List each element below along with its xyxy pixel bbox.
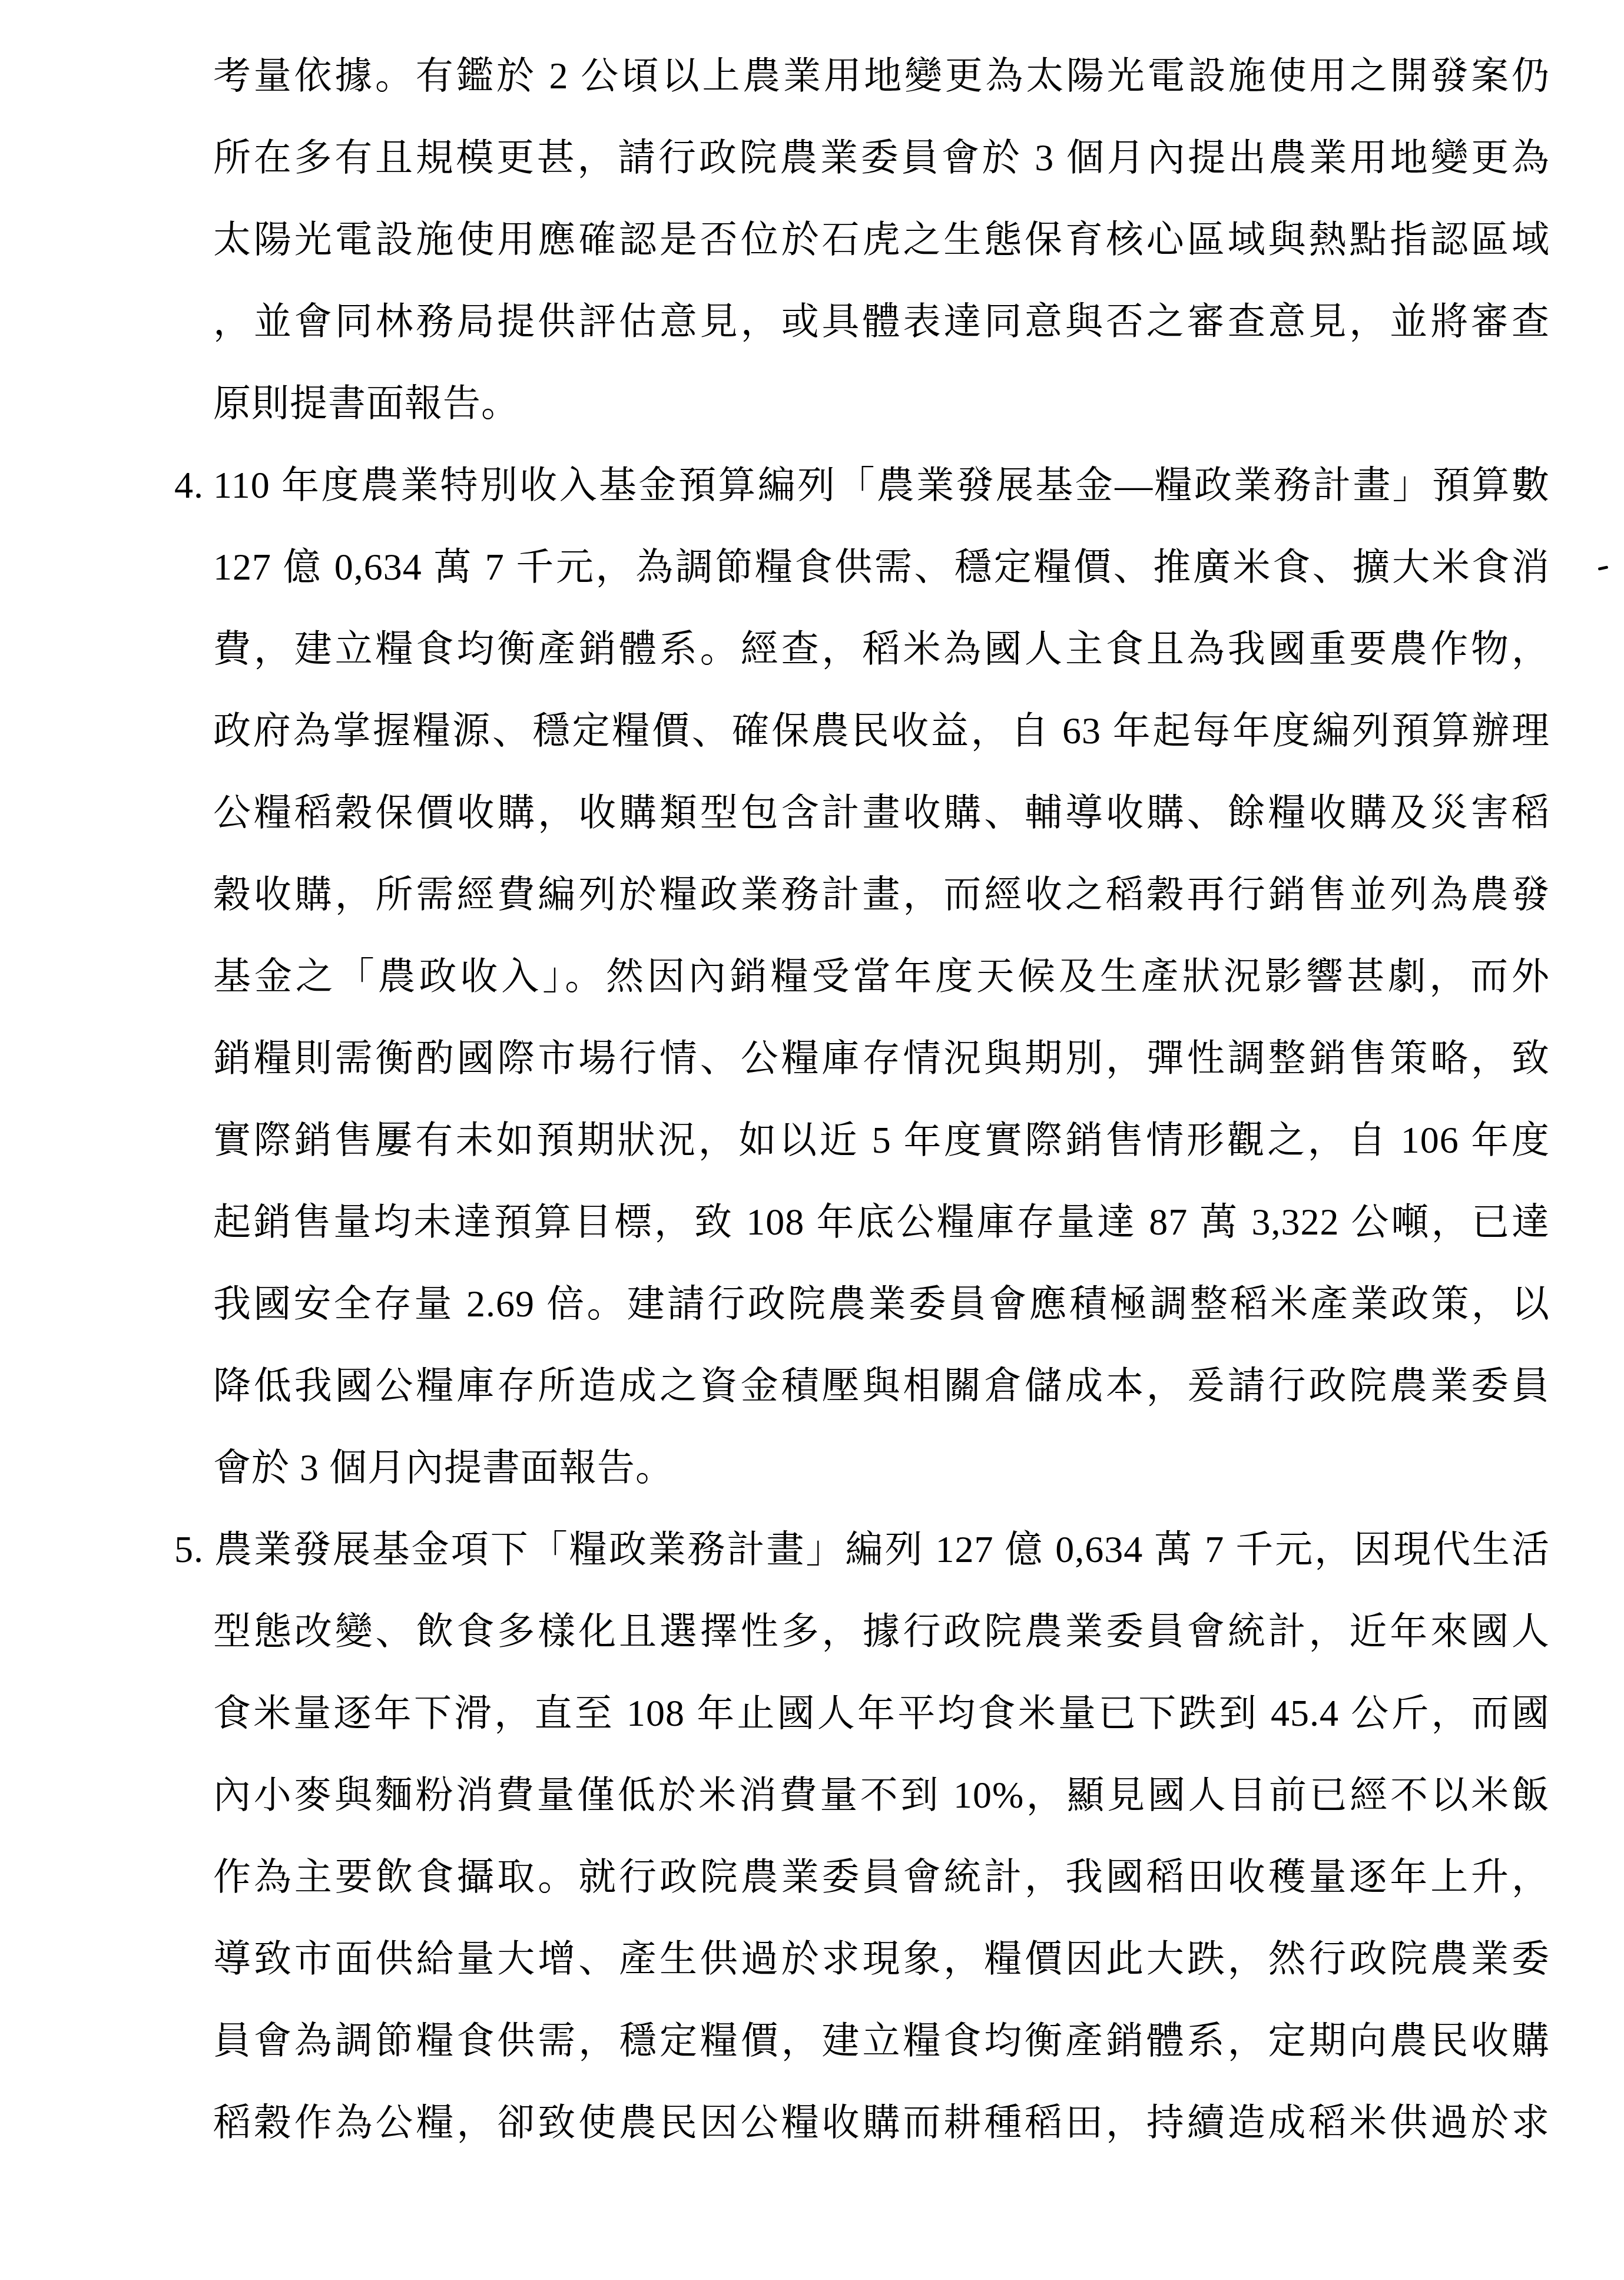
text-line: 所在多有且規模更甚，請行政院農業委員會於 3 個月內提出農業用地變更為 <box>213 117 1550 198</box>
text-line-content: 費，建立糧食均衡產銷體系。經查，稻米為國人主食且為我國重要農作物， <box>213 628 1550 670</box>
text-line-content: 農業發展基金項下「糧政業務計畫」編列 127 億 0,634 萬 7 千元，因現… <box>213 1528 1550 1570</box>
text-line-content: 穀收購，所需經費編列於糧政業務計畫，而經收之稻穀再行銷售並列為農發 <box>213 873 1550 915</box>
text-line: 內小麥與麵粉消費量僅低於米消費量不到 10%，顯見國人目前已經不以米飯 <box>213 1754 1550 1836</box>
text-line: 政府為掌握糧源、穩定糧價、確保農民收益，自 63 年起每年度編列預算辦理 <box>213 690 1550 772</box>
text-line-content: 所在多有且規模更甚，請行政院農業委員會於 3 個月內提出農業用地變更為 <box>213 137 1550 178</box>
text-line: 員會為調節糧食供需，穩定糧價，建立糧食均衡產銷體系，定期向農民收購 <box>213 2000 1550 2082</box>
text-line: 5.農業發展基金項下「糧政業務計畫」編列 127 億 0,634 萬 7 千元，… <box>174 1508 1550 1590</box>
text-line-content: 原則提書面報告。 <box>213 382 519 424</box>
text-line-content: 銷糧則需衡酌國際市場行情、公糧庫存情況與期別，彈性調整銷售策略，致 <box>213 1037 1550 1079</box>
document-text-block: 考量依據。有鑑於 2 公頃以上農業用地變更為太陽光電設施使用之開發案仍所在多有且… <box>213 35 1550 2163</box>
text-line-content: 型態改變、飲食多樣化且選擇性多，據行政院農業委員會統計，近年來國人 <box>213 1610 1550 1652</box>
text-line-content: 110 年度農業特別收入基金預算編列「農業發展基金—糧政業務計畫」預算數 <box>213 464 1550 506</box>
text-line: ，並會同林務局提供評估意見，或具體表達同意與否之審查意見，並將審查 <box>213 280 1550 362</box>
text-line-content: 稻穀作為公糧，卻致使農民因公糧收購而耕種稻田，持續造成稻米供過於求 <box>213 2102 1550 2143</box>
text-line: 稻穀作為公糧，卻致使農民因公糧收購而耕種稻田，持續造成稻米供過於求 <box>213 2082 1550 2163</box>
text-line: 會於 3 個月內提書面報告。 <box>213 1427 1550 1508</box>
text-line: 基金之「農政收入」。然因內銷糧受當年度天候及生產狀況影響甚劇，而外 <box>213 935 1550 1017</box>
scan-artifact-mark <box>1598 565 1609 570</box>
text-line-content: 員會為調節糧食供需，穩定糧價，建立糧食均衡產銷體系，定期向農民收購 <box>213 2020 1550 2061</box>
text-line: 原則提書面報告。 <box>213 362 1550 444</box>
text-line-content: 會於 3 個月內提書面報告。 <box>213 1447 674 1488</box>
text-line-content: 實際銷售屢有未如預期狀況，如以近 5 年度實際銷售情形觀之，自 106 年度 <box>213 1119 1550 1161</box>
text-line-content: 127 億 0,634 萬 7 千元，為調節糧食供需、穩定糧價、推廣米食、擴大米… <box>213 546 1550 588</box>
text-line-content: 內小麥與麵粉消費量僅低於米消費量不到 10%，顯見國人目前已經不以米飯 <box>213 1774 1550 1816</box>
text-line: 食米量逐年下滑，直至 108 年止國人年平均食米量已下跌到 45.4 公斤，而國 <box>213 1672 1550 1754</box>
text-line: 127 億 0,634 萬 7 千元，為調節糧食供需、穩定糧價、推廣米食、擴大米… <box>213 526 1550 608</box>
list-item-number: 4. <box>174 444 213 526</box>
text-line-content: 我國安全存量 2.69 倍。建請行政院農業委員會應積極調整稻米產業政策，以 <box>213 1283 1550 1325</box>
text-line: 我國安全存量 2.69 倍。建請行政院農業委員會應積極調整稻米產業政策，以 <box>213 1263 1550 1345</box>
text-line: 降低我國公糧庫存所造成之資金積壓與相關倉儲成本，爰請行政院農業委員 <box>213 1345 1550 1427</box>
text-line-content: 導致市面供給量大增、產生供過於求現象，糧價因此大跌，然行政院農業委 <box>213 1938 1550 1980</box>
text-line-content: 降低我國公糧庫存所造成之資金積壓與相關倉儲成本，爰請行政院農業委員 <box>213 1365 1550 1407</box>
text-line: 型態改變、飲食多樣化且選擇性多，據行政院農業委員會統計，近年來國人 <box>213 1590 1550 1672</box>
text-line-content: 作為主要飲食攝取。就行政院農業委員會統計，我國稻田收穫量逐年上升， <box>213 1856 1550 1898</box>
text-line: 起銷售量均未達預算目標，致 108 年底公糧庫存量達 87 萬 3,322 公噸… <box>213 1181 1550 1263</box>
text-line: 實際銷售屢有未如預期狀況，如以近 5 年度實際銷售情形觀之，自 106 年度 <box>213 1099 1550 1181</box>
text-line: 費，建立糧食均衡產銷體系。經查，稻米為國人主食且為我國重要農作物， <box>213 608 1550 690</box>
text-line-content: 太陽光電設施使用應確認是否位於石虎之生態保育核心區域與熱點指認區域 <box>213 219 1550 260</box>
text-line-content: 公糧稻穀保價收購，收購類型包含計畫收購、輔導收購、餘糧收購及災害稻 <box>213 792 1550 833</box>
text-line: 銷糧則需衡酌國際市場行情、公糧庫存情況與期別，彈性調整銷售策略，致 <box>213 1017 1550 1099</box>
text-line: 公糧稻穀保價收購，收購類型包含計畫收購、輔導收購、餘糧收購及災害稻 <box>213 772 1550 853</box>
text-line-content: 起銷售量均未達預算目標，致 108 年底公糧庫存量達 87 萬 3,322 公噸… <box>213 1201 1550 1243</box>
text-line-content: ，並會同林務局提供評估意見，或具體表達同意與否之審查意見，並將審查 <box>213 300 1550 342</box>
text-line-content: 政府為掌握糧源、穩定糧價、確保農民收益，自 63 年起每年度編列預算辦理 <box>213 710 1550 752</box>
scanned-document-page: 考量依據。有鑑於 2 公頃以上農業用地變更為太陽光電設施使用之開發案仍所在多有且… <box>0 0 1624 2280</box>
list-item-number: 5. <box>174 1508 213 1590</box>
text-line-content: 食米量逐年下滑，直至 108 年止國人年平均食米量已下跌到 45.4 公斤，而國 <box>213 1692 1550 1734</box>
text-line-content: 考量依據。有鑑於 2 公頃以上農業用地變更為太陽光電設施使用之開發案仍 <box>213 55 1550 97</box>
text-line: 作為主要飲食攝取。就行政院農業委員會統計，我國稻田收穫量逐年上升， <box>213 1836 1550 1918</box>
text-line-content: 基金之「農政收入」。然因內銷糧受當年度天候及生產狀況影響甚劇，而外 <box>213 955 1550 997</box>
text-line: 考量依據。有鑑於 2 公頃以上農業用地變更為太陽光電設施使用之開發案仍 <box>213 35 1550 117</box>
text-line: 4.110 年度農業特別收入基金預算編列「農業發展基金—糧政業務計畫」預算數 <box>174 444 1550 526</box>
text-line: 導致市面供給量大增、產生供過於求現象，糧價因此大跌，然行政院農業委 <box>213 1918 1550 2000</box>
text-line: 太陽光電設施使用應確認是否位於石虎之生態保育核心區域與熱點指認區域 <box>213 198 1550 280</box>
text-line: 穀收購，所需經費編列於糧政業務計畫，而經收之稻穀再行銷售並列為農發 <box>213 853 1550 935</box>
